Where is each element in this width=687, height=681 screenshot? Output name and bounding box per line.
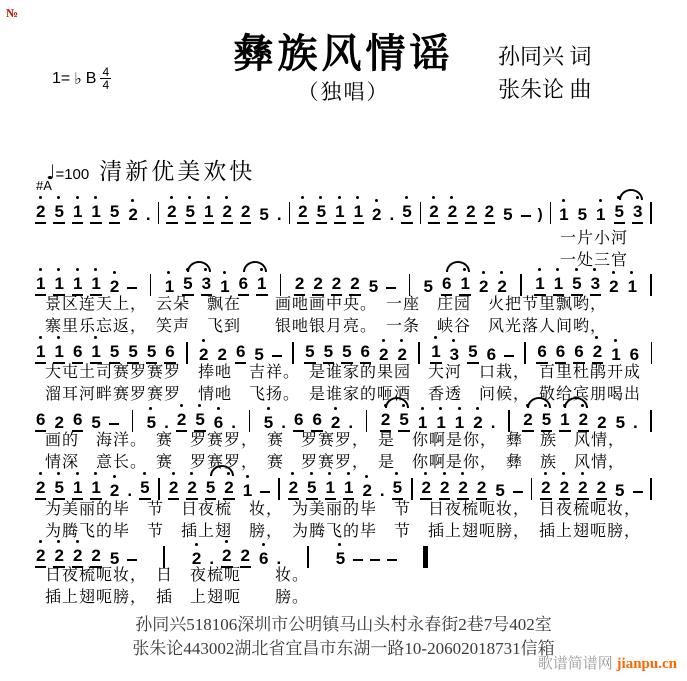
note-digit: 2	[476, 478, 487, 500]
note-digit: 2	[166, 202, 177, 224]
measure: 25112.5	[297, 202, 413, 224]
watermark: 歌谱简谱网 jianpu.cn	[538, 652, 677, 673]
augmentation-dot: .	[390, 205, 395, 224]
note-digit: 6	[235, 342, 246, 364]
barline	[292, 342, 294, 364]
barline	[158, 202, 160, 224]
note-digit: 1	[90, 202, 101, 224]
measure: 56122	[423, 274, 508, 296]
note-digit: 5	[502, 205, 513, 224]
octave-dot-above	[113, 475, 116, 478]
octave-dot-above	[172, 472, 175, 475]
note-digit: 1	[90, 342, 101, 364]
note-digit: 1	[90, 478, 101, 500]
barline	[650, 274, 652, 296]
notation-row-4: 62655.256.5.662.251112.251225.	[35, 396, 652, 432]
note-digit: 2	[168, 478, 179, 500]
note-digit: 2	[457, 478, 468, 500]
note-digit: 1	[353, 202, 364, 224]
octave-dot-above	[575, 268, 578, 271]
barline	[520, 274, 522, 296]
octave-dot-above	[432, 196, 435, 199]
octave-dot-above	[76, 268, 79, 271]
slur-arc	[446, 261, 470, 272]
duration-dash	[260, 491, 270, 494]
octave-dot-above	[39, 268, 42, 271]
augmentation-dot: .	[127, 481, 132, 500]
duration-dash	[370, 559, 380, 562]
note-digit: 2	[349, 274, 360, 296]
tempo-marking: ♩ =100 清新优美欢快	[46, 153, 255, 186]
corner-mark: №	[6, 6, 18, 21]
note-digit: 6	[35, 410, 46, 432]
barline	[278, 478, 280, 500]
note-digit: 5	[571, 274, 582, 296]
octave-dot-above	[94, 336, 97, 339]
note-digit: 2	[297, 202, 308, 224]
measure: 22225)	[428, 202, 542, 224]
octave-dot-above	[113, 271, 116, 274]
octave-dot-above	[395, 472, 398, 475]
note-digit: 1	[334, 202, 345, 224]
measure: 555622	[304, 342, 408, 364]
notation-row-6: 222252.226.5	[35, 532, 652, 568]
note-digit: 1	[90, 274, 101, 296]
note-digit: 5	[541, 410, 552, 432]
duration-dash	[521, 215, 531, 218]
slur-arc	[564, 397, 588, 408]
note-digit: 5	[109, 342, 120, 364]
duration-dash	[353, 559, 363, 562]
note-digit: 1	[558, 205, 569, 224]
note-digit: 5	[467, 342, 478, 364]
octave-dot-above	[267, 407, 270, 410]
octave-dot-above	[39, 196, 42, 199]
notation-row-5: 25112.52252125112.52222522225	[35, 464, 652, 500]
octave-dot-above	[225, 540, 228, 543]
octave-dot-above	[476, 407, 479, 410]
note-digit: 5	[127, 342, 138, 364]
octave-dot-above	[57, 196, 60, 199]
note-digit: 2	[439, 478, 450, 500]
note-digit: 2	[240, 202, 251, 224]
footer-address-lyricist: 孙同兴518106深圳市公明镇马山头村永春街2巷7号402室	[0, 610, 687, 635]
note-digit: 6	[441, 274, 452, 296]
note-digit: 1	[459, 274, 470, 296]
octave-dot-above	[461, 472, 464, 475]
slur-arc	[243, 261, 267, 272]
octave-dot-above	[246, 475, 249, 478]
note-digit: 2	[428, 202, 439, 224]
measure: 11615556	[35, 342, 176, 364]
octave-dot-above	[195, 543, 198, 546]
octave-dot-above	[131, 199, 134, 202]
note-digit: 2	[371, 205, 382, 224]
measure: 5.256.	[146, 410, 236, 432]
augmentation-dot: .	[380, 481, 385, 500]
note-digit: 6	[164, 342, 175, 364]
lyrics-row: 画的 海洋。 赛 罗赛罗， 赛 罗赛罗， 是 你啊是你， 彝 族 风情，	[45, 430, 675, 452]
note-digit: 1	[72, 202, 83, 224]
measure: 251112.	[380, 410, 496, 432]
octave-dot-above	[562, 199, 565, 202]
octave-dot-above	[443, 472, 446, 475]
measure: 5.662.	[263, 410, 353, 432]
note-digit: 5	[392, 478, 403, 500]
note-digit: 5	[494, 481, 505, 500]
octave-dot-above	[593, 268, 596, 271]
notation-row-3: 1161555622655556221356666216	[35, 328, 652, 364]
octave-dot-above	[260, 268, 263, 271]
note-digit: 1	[559, 410, 570, 432]
note-digit: 1	[595, 205, 606, 224]
note-digit: 5	[341, 342, 352, 364]
note-digit: 1	[72, 478, 83, 500]
meter-fraction: 4 4	[100, 66, 111, 91]
note-digit: 1	[553, 274, 564, 296]
octave-dot-above	[405, 196, 408, 199]
note-digit: 2	[540, 478, 551, 500]
note-digit: 5	[323, 342, 334, 364]
note-digit: 6	[238, 274, 249, 296]
note-digit: 1	[53, 342, 64, 364]
measure: 6265	[35, 410, 119, 432]
note-digit: 1	[343, 478, 354, 500]
octave-dot-above	[149, 407, 152, 410]
octave-dot-above	[544, 472, 547, 475]
slur-arc	[210, 465, 234, 476]
lyrics-row: 为美丽的毕 节 日夜梳 妆， 为美丽的毕 节 日夜梳呃妆， 日夜梳呃妆，	[45, 499, 675, 521]
octave-dot-above	[365, 475, 368, 478]
barline	[508, 410, 510, 432]
octave-dot-above	[262, 543, 265, 546]
octave-dot-above	[538, 268, 541, 271]
note-digit: 1	[430, 342, 441, 364]
note-digit: 1	[53, 274, 64, 296]
octave-dot-above	[356, 196, 359, 199]
note-digit: 1	[325, 478, 336, 500]
octave-dot-above	[76, 472, 79, 475]
barline	[366, 410, 368, 432]
octave-dot-above	[310, 472, 313, 475]
octave-dot-above	[39, 336, 42, 339]
octave-dot-above	[421, 407, 424, 410]
lyrics-row: 景区连天上， 云朵 飘在 画吔画中央。 一座 庄园 火把节里飘哟，	[45, 294, 675, 316]
note-digit: 2	[559, 478, 570, 500]
note-digit: 2	[294, 274, 305, 296]
note-digit: 5	[398, 410, 409, 432]
note-digit: 5	[139, 478, 150, 500]
octave-dot-above	[347, 472, 350, 475]
barline	[420, 202, 422, 224]
note-digit: 5	[316, 202, 327, 224]
slur-arc	[385, 397, 409, 408]
measure: 1356	[430, 342, 514, 364]
octave-dot-above	[452, 339, 455, 342]
octave-dot-above	[76, 196, 79, 199]
octave-dot-above	[382, 339, 385, 342]
octave-dot-above	[612, 271, 615, 274]
octave-dot-above	[167, 271, 170, 274]
note-digit: 2	[109, 481, 120, 500]
note-digit: 2	[465, 202, 476, 224]
barline	[531, 478, 533, 500]
octave-dot-above	[630, 271, 633, 274]
note-digit: 1	[534, 274, 545, 296]
barline	[280, 274, 282, 296]
note-digit: 3	[201, 274, 212, 296]
octave-dot-above	[375, 199, 378, 202]
lyrics-row: 大屯土司赛罗赛罗 捧吔 吉祥。 是谁家的果园 大河 口栽， 百里杜鹃开成	[45, 362, 675, 384]
notation-row-2: 111121531612222556122115321	[35, 260, 652, 296]
measure: 153161	[164, 274, 268, 296]
note-digit: 1	[203, 202, 214, 224]
octave-dot-above	[434, 336, 437, 339]
octave-dot-above	[190, 472, 193, 475]
barline	[289, 202, 291, 224]
octave-dot-above	[328, 472, 331, 475]
octave-dot-above	[225, 196, 228, 199]
note-digit: 5	[182, 274, 193, 296]
octave-dot-above	[338, 196, 341, 199]
measure: 2265	[198, 342, 282, 364]
watermark-domain-link[interactable]: jianpu.cn	[617, 656, 677, 672]
barline	[249, 410, 251, 432]
tempo-mood: 清新优美欢快	[99, 153, 255, 186]
octave-dot-above	[188, 196, 191, 199]
measure: 666216	[536, 342, 640, 364]
barline	[132, 410, 134, 432]
barline	[550, 202, 552, 224]
octave-dot-above	[500, 271, 503, 274]
note-digit: 5	[614, 481, 625, 500]
note-digit: 6	[573, 342, 584, 364]
meter-denominator: 4	[102, 79, 109, 91]
measure: 251225.	[522, 410, 638, 432]
measure: 22225	[294, 274, 396, 296]
octave-dot-above	[180, 404, 183, 407]
note-digit: 2	[578, 410, 589, 432]
note-digit: 1	[72, 274, 83, 296]
note-digit: 3	[590, 274, 601, 296]
octave-dot-above	[57, 336, 60, 339]
note-digit: 5	[401, 202, 412, 224]
duration-dash	[272, 355, 282, 358]
octave-dot-above	[57, 540, 60, 543]
octave-dot-above	[581, 472, 584, 475]
tempo-value: =100	[55, 166, 89, 183]
note-digit: 5	[53, 478, 64, 500]
note-digit: 1	[256, 274, 267, 296]
note-digit: 2	[223, 478, 234, 500]
duration-dash	[633, 491, 643, 494]
octave-dot-above	[338, 543, 341, 546]
octave-dot-above	[94, 196, 97, 199]
measure: 251225.	[166, 202, 282, 224]
barline	[186, 342, 188, 364]
octave-dot-above	[39, 472, 42, 475]
note-digit: 5	[185, 202, 196, 224]
duration-dash	[127, 559, 137, 562]
note-digit: 6	[293, 410, 304, 432]
note-digit: 2	[186, 478, 197, 500]
note-digit: 2	[127, 205, 138, 224]
note-digit: 1	[35, 274, 46, 296]
slur-arc	[527, 397, 551, 408]
note-digit: 6	[72, 410, 83, 432]
watermark-site-name: 歌谱简谱网	[538, 656, 613, 672]
note-digit: 5	[194, 410, 205, 432]
duration-dash	[109, 423, 119, 426]
augmentation-dot: .	[277, 205, 282, 224]
note-digit: 2	[361, 481, 372, 500]
octave-dot-above	[57, 472, 60, 475]
barline	[158, 478, 160, 500]
measure: 251152.	[35, 202, 151, 224]
note-digit: 5	[306, 478, 317, 500]
octave-dot-above	[556, 268, 559, 271]
octave-dot-above	[439, 407, 442, 410]
note-digit: 2	[596, 478, 607, 500]
note-digit: 5	[577, 205, 588, 224]
note-digit: 5	[304, 342, 315, 364]
note-digit: 6	[311, 410, 322, 432]
octave-dot-above	[143, 472, 146, 475]
note-digit: 6	[536, 342, 547, 364]
octave-dot-above	[636, 196, 639, 199]
measure: 22225	[540, 478, 642, 500]
score-page: № 彝族风情谣 （独唱） 孙同兴 词 张朱论 曲 1=♭B 4 4 ♩ =100…	[0, 0, 687, 681]
octave-dot-above	[482, 271, 485, 274]
barline	[650, 202, 652, 224]
note-digit: 2	[221, 202, 232, 224]
lyrics-row: 日夜梳呃妆， 日 夜梳呃 妆。	[45, 565, 675, 587]
composer-credit: 张朱论 曲	[498, 73, 678, 106]
barline	[524, 342, 526, 364]
flat-icon: ♭	[74, 69, 82, 89]
octave-dot-above	[319, 196, 322, 199]
measure: 115321	[534, 274, 638, 296]
note-digit: 6	[72, 342, 83, 364]
octave-dot-above	[217, 407, 220, 410]
octave-dot-above	[76, 540, 79, 543]
measure: 25112.5	[288, 478, 404, 500]
barline	[150, 274, 152, 296]
note-digit: 5	[146, 342, 157, 364]
key-signature: 1=♭B 4 4	[52, 66, 111, 91]
note-digit: 2	[484, 202, 495, 224]
note-digit: 2	[522, 410, 533, 432]
note-digit: 3	[632, 202, 643, 224]
key-prefix: 1=	[52, 70, 70, 88]
note-digit: 5	[205, 478, 216, 500]
barline	[651, 342, 653, 364]
note-digit: 2	[380, 410, 391, 432]
barline	[409, 274, 411, 296]
note-digit: 5	[109, 202, 120, 224]
octave-dot-above	[202, 339, 205, 342]
octave-dot-above	[207, 196, 210, 199]
note-digit: 2	[420, 478, 431, 500]
octave-dot-above	[614, 339, 617, 342]
octave-dot-above	[223, 271, 226, 274]
lyrics-row: 一片小河	[45, 228, 687, 250]
slur-arc	[619, 189, 643, 200]
barline	[418, 342, 420, 364]
measure: 22225	[420, 478, 522, 500]
duration-dash	[387, 559, 397, 562]
note-digit: 6	[555, 342, 566, 364]
octave-dot-above	[450, 196, 453, 199]
duration-dash	[504, 355, 514, 358]
note-digit: 2	[35, 202, 46, 224]
note-digit: 2	[288, 478, 299, 500]
lyricist-credit: 孙同兴 词	[498, 40, 678, 73]
note-digit: 2	[331, 274, 342, 296]
note-digit: 1	[242, 481, 253, 500]
octave-dot-above	[424, 472, 427, 475]
note-digit: 5	[258, 205, 269, 224]
close-paren-mark: )	[538, 205, 543, 224]
octave-dot-above	[400, 339, 403, 342]
note-digit: 2	[176, 410, 187, 432]
duration-dash	[513, 491, 523, 494]
barline	[650, 410, 652, 432]
credits: 孙同兴 词 张朱论 曲	[498, 40, 678, 106]
octave-dot-above	[562, 472, 565, 475]
measure: 15153	[558, 202, 643, 224]
octave-dot-above	[334, 407, 337, 410]
note-digit: 5	[53, 202, 64, 224]
note-digit: 5	[614, 202, 625, 224]
octave-dot-above	[94, 472, 97, 475]
note-digit: 2	[35, 478, 46, 500]
octave-dot-above	[94, 268, 97, 271]
lyrics-row: 插上翅呃膀， 插 上翅呃 膀。	[45, 587, 675, 609]
octave-dot-above	[170, 196, 173, 199]
barline	[411, 478, 413, 500]
barline	[650, 478, 652, 500]
octave-dot-above	[39, 540, 42, 543]
octave-dot-above	[291, 472, 294, 475]
note-digit: 2	[592, 342, 603, 364]
octave-dot-above	[301, 196, 304, 199]
note-digit: 1	[35, 342, 46, 364]
octave-dot-above	[198, 404, 201, 407]
duration-dash	[386, 287, 396, 290]
note-digit: 2	[577, 478, 588, 500]
slur-arc	[187, 261, 211, 272]
measure: 22521	[168, 478, 270, 500]
notation-row-1: 251152.251225.25112.522225)15153	[35, 188, 652, 224]
note-digit: 6	[360, 342, 371, 364]
note-digit: 2	[447, 202, 458, 224]
octave-dot-above	[599, 199, 602, 202]
measure: 11112	[35, 274, 137, 296]
duration-dash	[127, 287, 137, 290]
octave-dot-above	[458, 407, 461, 410]
key-letter: B	[86, 70, 97, 88]
octave-dot-above	[57, 268, 60, 271]
measure: 25112.5	[35, 478, 151, 500]
augmentation-dot: .	[146, 205, 151, 224]
octave-dot-above	[595, 336, 598, 339]
note-digit: 2	[312, 274, 323, 296]
